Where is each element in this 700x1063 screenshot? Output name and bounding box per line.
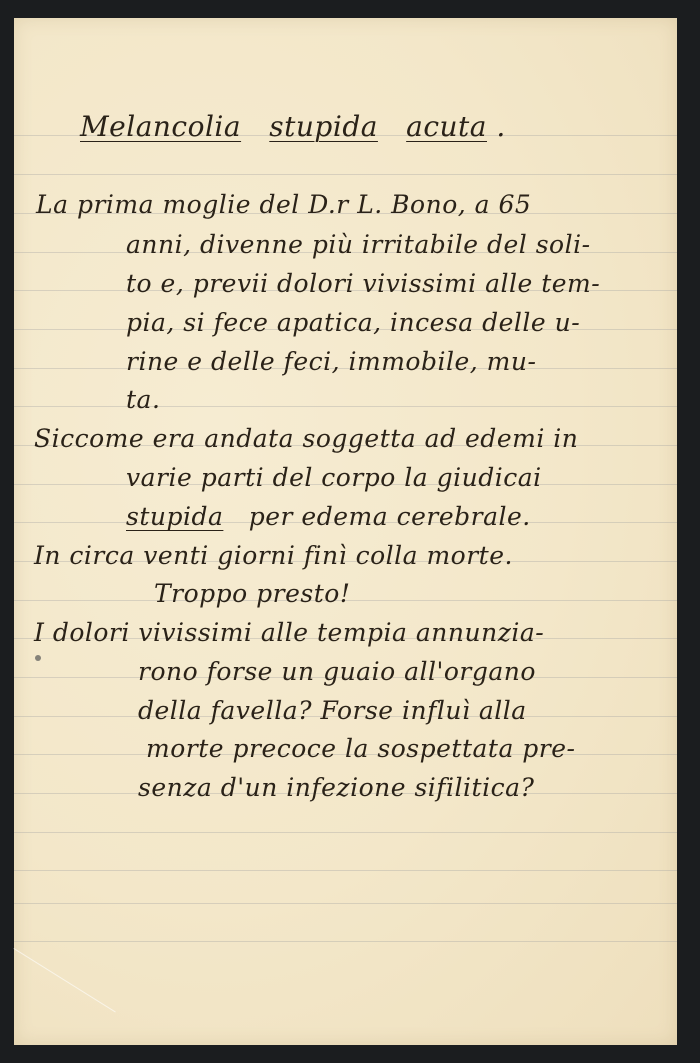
text-line: ta. (126, 385, 160, 414)
ruled-line (14, 832, 677, 833)
text-line: morte precoce la sospettata pre- (146, 734, 576, 763)
text-line: I dolori vivissimi alle tempia annunzia- (34, 618, 544, 647)
text-line: Troppo presto! (154, 579, 350, 608)
title-word-stupida: stupida (269, 110, 378, 143)
ruled-line (14, 903, 677, 904)
text-line: stupida per edema cerebrale. (126, 502, 531, 531)
text-line: La prima moglie del D.r L. Bono, a 65 (36, 190, 531, 219)
manuscript-page: Melancolia stupida acuta . La prima mogl… (14, 18, 677, 1045)
text-line: rono forse un guaio all'organo (138, 657, 536, 686)
text-line: della favella? Forse influì alla (138, 696, 527, 725)
text-line: to e, previi dolori vivissimi alle tem- (126, 269, 600, 298)
title-word-acuta: acuta (406, 110, 487, 143)
title-word-melancolia: Melancolia (80, 110, 241, 143)
ruled-line (14, 406, 677, 407)
ruled-line (14, 870, 677, 871)
text-line: senza d'un infezione sifilitica? (138, 773, 534, 802)
underlined-word-stupida: stupida (126, 502, 223, 531)
ruled-line (14, 174, 677, 175)
ink-spot (35, 655, 41, 661)
title-period: . (496, 110, 505, 143)
text-line: rine e delle feci, immobile, mu- (126, 347, 536, 376)
text-fragment: per edema cerebrale. (249, 502, 531, 531)
document-title: Melancolia stupida acuta . (80, 110, 506, 143)
text-line: In circa venti giorni finì colla morte. (34, 541, 513, 570)
ruled-line (14, 941, 677, 942)
text-line: Siccome era andata soggetta ad edemi in (34, 424, 578, 453)
text-line: pia, si fece apatica, incesa delle u- (126, 308, 580, 337)
text-line: anni, divenne più irritabile del soli- (126, 230, 591, 259)
text-line: varie parti del corpo la giudicai (126, 463, 542, 492)
paper-crease (13, 948, 115, 1012)
